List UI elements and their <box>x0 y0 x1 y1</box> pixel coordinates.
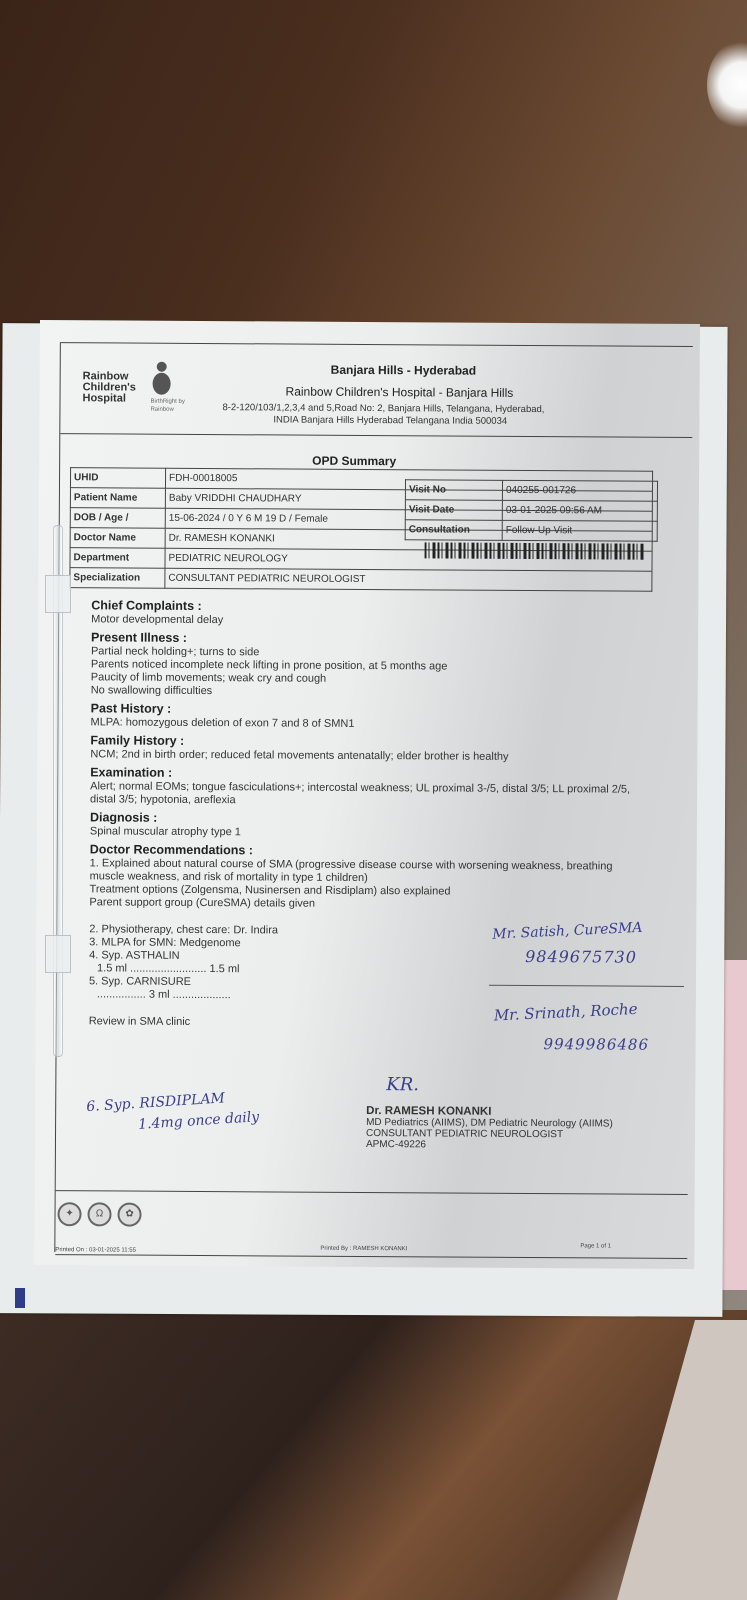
table-row: SpecializationCONSULTANT PEDIATRIC NEURO… <box>70 568 652 592</box>
table-row: ConsultationFollow-Up Visit <box>405 520 657 542</box>
printed-on: Printed On : 03-01-2025 11:55 <box>55 1247 136 1253</box>
accreditation-badges: ✦Ω✿ <box>57 1202 147 1227</box>
field-label: Visit No <box>405 480 502 501</box>
logo-text: Rainbow Children's Hospital <box>82 371 148 404</box>
hospital-city: Banjara Hills - Hyderabad <box>331 363 476 378</box>
field-label: Department <box>70 548 165 569</box>
field-label: Patient Name <box>70 488 165 509</box>
illness-line: No swallowing difficulties <box>91 684 651 700</box>
examination-line: Alert; normal EOMs; tongue fasciculation… <box>90 780 630 809</box>
specialization-value: CONSULTANT PEDIATRIC NEUROLOGIST <box>165 568 652 591</box>
field-label: Visit Date <box>405 500 502 521</box>
doctor-block: Dr. RAMESH KONANKI MD Pediatrics (AIIMS)… <box>366 1106 613 1152</box>
visit-date-value: 03-01-2025 09:56 AM <box>502 500 657 521</box>
chief-complaint: Motor developmental delay <box>91 613 651 629</box>
hospital-header: Rainbow Children's Hospital BirthRight b… <box>60 342 693 438</box>
file-fastener-clip <box>45 525 69 1055</box>
quality-award-icon: ✿ <box>117 1202 141 1226</box>
field-label: UHID <box>70 468 165 489</box>
printed-by: Printed By : RAMESH KONANKI <box>320 1246 407 1253</box>
hospital-name: Rainbow Children's Hospital - Banjara Hi… <box>286 385 514 400</box>
blue-tab <box>15 1288 25 1308</box>
field-label: Doctor Name <box>70 528 165 549</box>
field-label: Consultation <box>405 520 502 541</box>
recommendation-line: 1. Explained about natural course of SMA… <box>90 857 625 886</box>
document-title: OPD Summary <box>312 454 396 469</box>
doctor-signature: KR. <box>386 1074 419 1095</box>
field-label: DOB / Age / <box>70 508 165 529</box>
visit-info-table: Visit No040255-001726 Visit Date03-01-20… <box>405 479 658 542</box>
opd-summary-document: Rainbow Children's Hospital BirthRight b… <box>34 320 700 1269</box>
hospital-address-line2: INDIA Banjara Hills Hyderabad Telangana … <box>273 414 507 426</box>
footer-bottom-line <box>55 1254 687 1259</box>
visit-no-value: 040255-001726 <box>502 480 657 501</box>
hospital-logo: Rainbow Children's Hospital BirthRight b… <box>80 359 200 420</box>
handwritten-contact1-phone: 9849675730 <box>525 947 637 967</box>
diagnosis-line: Spinal muscular atrophy type 1 <box>90 825 650 841</box>
family-history-line: NCM; 2nd in birth order; reduced fetal m… <box>90 748 650 764</box>
consultation-value: Follow-Up Visit <box>502 520 657 541</box>
past-history-line: MLPA: homozygous deletion of exon 7 and … <box>91 716 651 732</box>
table-row: Visit No040255-001726 <box>405 480 657 502</box>
light-glare <box>707 40 747 130</box>
handwritten-contact2-phone: 9949986486 <box>544 1035 650 1054</box>
barcode-icon <box>425 542 645 559</box>
logo-subtext: BirthRight by Rainbow <box>150 398 190 414</box>
birthright-logo-icon <box>153 362 171 396</box>
hospital-address: 8-2-120/103/1,2,3,4 and 5,Road No: 2, Ba… <box>222 402 544 415</box>
nabh-seal-icon: Ω <box>87 1202 111 1226</box>
accreditation-seal-icon: ✦ <box>57 1202 81 1226</box>
doctor-reg-no: APMC-49226 <box>366 1139 613 1152</box>
table-row: Visit Date03-01-2025 09:56 AM <box>405 500 657 522</box>
page-number: Page 1 of 1 <box>580 1243 611 1249</box>
handwritten-rx-line2: 1.4mg once daily <box>138 1109 260 1133</box>
handwritten-rx-line1: 6. Syp. RISDIPLAM <box>86 1090 225 1115</box>
field-label: Specialization <box>70 568 165 589</box>
footer-divider <box>56 1190 688 1195</box>
